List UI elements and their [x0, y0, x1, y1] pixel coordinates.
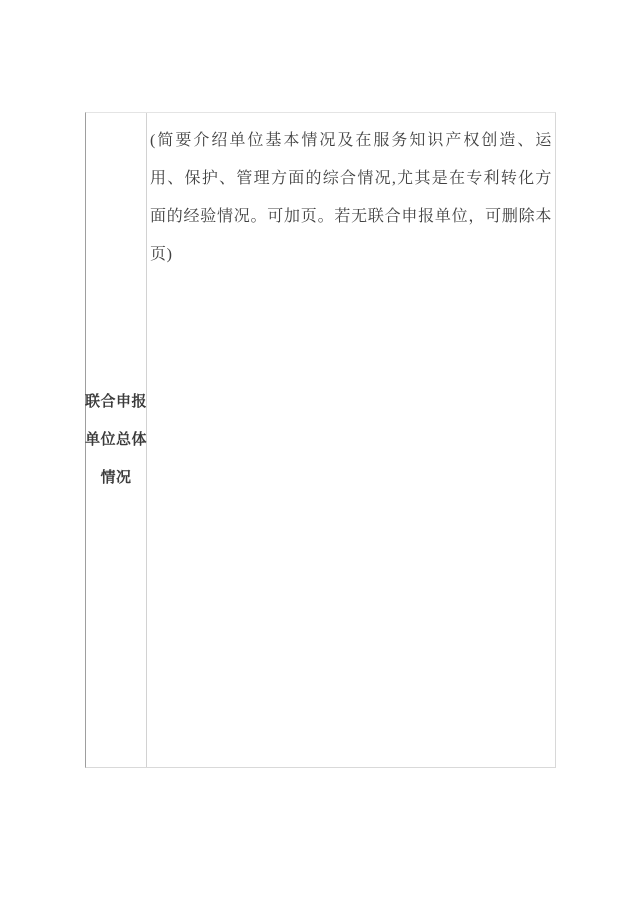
row-header-label-line-3: 情况: [100, 459, 131, 497]
document-page: 联合申报 单位总体 情况 (简要介绍单位基本情况及在服务知识产权创造、运用、保护…: [0, 0, 636, 900]
row-header-cell: 联合申报 单位总体 情况: [86, 113, 147, 767]
instruction-text: (简要介绍单位基本情况及在服务知识产权创造、运用、保护、管理方面的综合情况,尤其…: [150, 122, 552, 274]
row-header-label-line-2: 单位总体: [85, 421, 147, 459]
row-header-label-line-1: 联合申报: [85, 383, 147, 421]
overview-content-cell: (简要介绍单位基本情况及在服务知识产权创造、运用、保护、管理方面的综合情况,尤其…: [147, 113, 555, 767]
joint-application-table: 联合申报 单位总体 情况 (简要介绍单位基本情况及在服务知识产权创造、运用、保护…: [85, 112, 556, 768]
